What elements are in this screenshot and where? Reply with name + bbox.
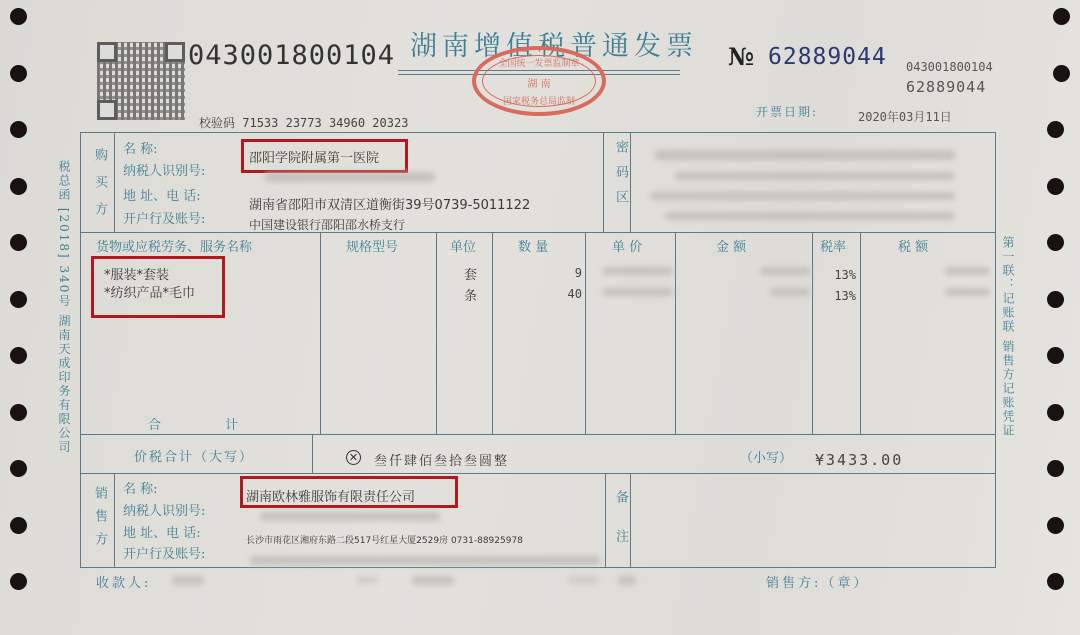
col-header-unit-price: 单 价 [612,236,642,255]
seller-tax-id-label: 纳税人识别号: [123,500,205,519]
tax-stamp: 全国统一发票监制章 湖 南 国家税务总局监制 [472,46,606,116]
seller-section-label: 销售方 [90,486,109,555]
perforation-hole [10,291,27,308]
buyer-section-label: 购买方 [90,148,109,229]
date-label: 开票日期: [756,103,818,120]
password-area-redacted [675,172,955,180]
perforation-hole [10,178,27,195]
item-tax-redacted [945,288,990,296]
col-header-tax-rate: 税率 [820,236,846,255]
item-unit: 套 [464,264,477,283]
perforation-hole [10,8,27,25]
date-value: 2020年03月11日 [858,108,952,125]
check-code-value: 71533 23773 34960 20323 [242,116,408,130]
item-tax-rate: 13% [824,289,856,303]
buyer-tax-id-label: 纳税人识别号: [123,160,205,179]
item-amount-redacted [770,288,810,296]
item-unit-price-redacted [603,288,673,296]
perforation-hole [1047,347,1064,364]
col-header-tax: 税 额 [898,236,928,255]
check-code-label: 校验码 [199,116,235,130]
remarks-label: 备注 [611,490,630,568]
reviewer-redacted [412,576,454,585]
buyer-address-phone: 湖南省邵阳市双清区道衡街39号0739-5011122 [249,194,530,213]
highlight-box-seller-name [240,476,458,508]
seller-bank-account-redacted [250,556,600,565]
perforation-hole [1047,517,1064,534]
reviewer-label-faded [356,576,378,584]
item-amount-redacted [760,267,810,275]
perforation-hole [10,121,27,138]
highlight-box-buyer-name [241,139,408,173]
total-lowercase-label: （小写） [740,447,792,466]
stamp-top-text: 全国统一发票监制章 [476,56,602,69]
perforation-hole [1047,573,1064,590]
seller-bank-label: 开户行及账号: [123,543,205,562]
cross-circle-icon: ✕ [346,450,361,465]
buyer-bank-account: 中国建设银行邵阳邵水桥支行 [249,216,405,233]
col-header-quantity: 数 量 [518,236,548,255]
total-row-label: 合 计 [148,414,238,433]
seller-name-label: 名 称: [123,478,158,497]
payee-redacted [172,576,204,585]
col-header-spec: 规格型号 [346,236,398,255]
total-uppercase-value: 叁仟肆佰叁拾叁圆整 [374,450,509,469]
perforation-hole [1047,291,1064,308]
invoice-paper: 043001800104 校验码 71533 23773 34960 20323… [0,0,1080,635]
perforation-hole [1053,65,1070,82]
stamp-middle-text: 湖 南 [476,75,602,90]
perforation-hole [10,404,27,421]
perforation-hole [1047,121,1064,138]
perforation-hole [10,65,27,82]
col-header-name: 货物或应税劳务、服务名称 [96,236,252,255]
item-quantity: 9 [560,266,582,280]
buyer-tax-id-redacted [265,172,435,182]
perforation-hole [1047,404,1064,421]
issuer-redacted [618,576,636,585]
invoice-code: 043001800104 [188,40,395,71]
buyer-address-label: 地 址、电 话: [123,185,201,204]
perforation-hole [1053,8,1070,25]
invoice-number: 62889044 [768,44,887,70]
buyer-bank-label: 开户行及账号: [123,208,205,227]
perforation-hole [10,460,27,477]
seller-tax-id-redacted [260,512,440,521]
seller-seal-label: 销售方:（章） [766,572,869,591]
printed-code: 043001800104 [906,60,993,74]
perforation-hole [10,517,27,534]
item-unit-price-redacted [603,267,673,275]
perforation-hole [10,234,27,251]
col-header-amount: 金 额 [716,236,746,255]
item-tax-redacted [945,267,990,275]
number-sign: № [728,42,754,71]
perforation-hole [1047,178,1064,195]
item-quantity: 40 [560,287,582,301]
col-header-unit: 单位 [450,236,476,255]
perforation-hole [1047,460,1064,477]
buyer-name-label: 名 称: [123,138,158,157]
perforation-hole [1047,234,1064,251]
password-area-redacted [655,150,955,160]
password-area-redacted [650,192,955,200]
item-tax-rate: 13% [824,268,856,282]
qr-code [97,42,185,120]
perforation-hole [10,347,27,364]
payee-label: 收款人: [96,572,151,591]
total-uppercase-label: 价税合计（大写） [134,446,254,465]
printer-info: 税总函 [2018] 340号 湖南天成印务有限公司 [56,160,73,454]
password-area-redacted [665,212,955,220]
total-lowercase-value: ¥3433.00 [815,451,903,469]
check-code: 校验码 71533 23773 34960 20323 [199,114,408,131]
issuer-label-faded [568,576,598,584]
highlight-box-items [91,256,225,318]
perforation-hole [10,573,27,590]
password-area-label: 密码区 [611,140,630,215]
stamp-bottom-text: 国家税务总局监制 [476,94,602,107]
printed-number: 62889044 [906,78,986,96]
copy-type-label: 第一联：记账联 销售方记账凭证 [1000,236,1017,438]
seller-address-phone: 长沙市雨花区湘府东路二段517号红星大厦2529房 0731-88925978 [246,533,523,546]
seller-address-label: 地 址、电 话: [123,522,201,541]
item-unit: 条 [464,285,477,304]
